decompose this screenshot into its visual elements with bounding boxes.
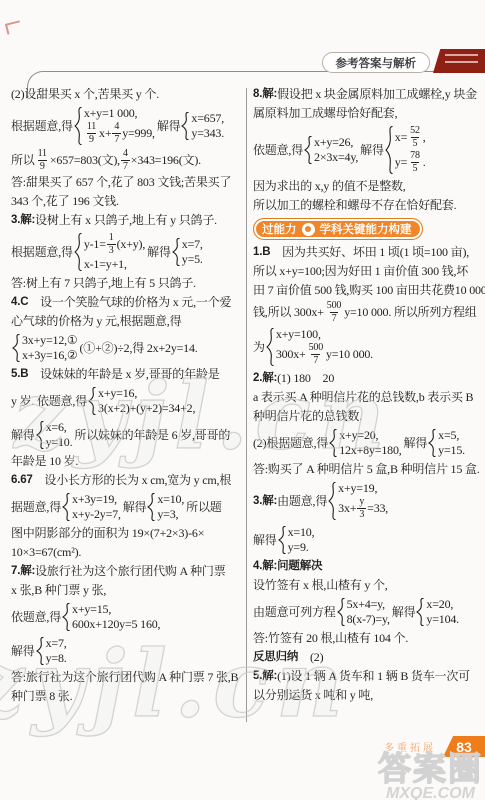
brace-icon [62,603,70,631]
text-run: 所以题 [186,500,221,515]
equation-row: x=6, [46,420,73,435]
equation-row: x=20, [426,597,459,612]
answer-line: 根据题意,得y-1=13(x+y),x-1=y+1,解得x=7,y=5. [11,230,246,274]
answer-line: 所以 x+y=100;因为好田 1 亩价值 300 钱,坏 [253,262,484,281]
brace-icon [181,112,189,140]
answer-line: a 表示买 A 种明信片花的总钱数,b 表示买 B [253,388,484,407]
brace-icon [304,136,312,164]
corner-print-mark [5,20,22,34]
bold-label: 8.解: [253,87,277,101]
fraction: y3 [357,497,366,520]
equation-system: x=20,y=104. [416,597,459,627]
answer-line: 根据题意,得x+y=1 000,119x+47y=999,解得x=657,y=3… [11,104,246,148]
equation-row: x=7, [182,237,203,252]
text-run: x+y=100, [276,327,321,342]
answer-line: 据题意,得x+3y=19,x+y-2y=7,解得x=10,y=3,所以题 [11,490,246,524]
text-run: x+y=1 000, [84,106,138,121]
fraction: 47 [121,149,130,172]
text-run: 答:甜果买了 657 个,花了 803 文钱;苦果买了 [11,175,231,190]
equation-row: x=10, [157,492,184,507]
text-run: 因为共买好、坏田 1 顷(1 顷=100 亩), [270,245,469,260]
answer-line: 以分别运货 x 吨和 y 吨, [253,686,484,705]
answer-line: 5.解:(1)设 1 辆 A 货车和 1 辆 B 货车一次可 [253,667,484,686]
text-run: 钱,所以 300x+ [253,305,324,320]
answer-line: (2)设甜果买 x 个,苦果买 y 个. [11,85,246,104]
text-run: 田 7 亩价值 500 钱,购买 100 亩田共花费10 000 [253,283,485,298]
text-run: 依题意,得 [253,143,303,158]
answer-line: y 岁. 依题意,得x+y=16,3(x+2)+(y+2)=34+2, [11,384,246,418]
equation-row: y=9. [288,540,315,555]
text-run: 所以 x+y=100;因为好田 1 亩价值 300 钱,坏 [253,264,468,279]
answer-line: 5.B 设妹妹的年龄是 x 岁,哥哥的年龄是 [11,365,246,384]
text-run: 解得 [11,644,35,659]
answer-line: 种明信片花的总钱数. [253,407,484,426]
text-run: ×657=803(文), [50,153,120,168]
equation-system: x+3y=19,x+y-2y=7, [62,492,121,522]
fraction-denominator: 7 [121,160,130,172]
bold-label: 5.解: [253,669,277,683]
equation-system: 5x+4=y,8(x-7)=y, [337,597,390,627]
text-run: 设旅行社为这个旅行团代购 A 种门票 [35,564,225,579]
text-run: x+3y=19, [72,492,117,507]
brace-icon [36,637,44,665]
text-run: 种明信片花的总钱数. [253,409,362,424]
brace-icon [74,233,82,271]
text-run: a 表示买 A 种明信片花的总钱数,b 表示买 B [253,390,473,405]
text-run: y=10 000. [326,347,373,362]
text-run: 以分别运货 x 吨和 y 吨, [253,688,373,703]
answer-line: 依题意,得x+y=26,2×3x=4y,解得x=525,y=785. [253,123,484,177]
text-run: x=10, [288,525,315,540]
equation-row: y=5. [182,252,203,267]
text-run: 10×3=67(cm²). [11,545,81,560]
answer-line: 3.解:设树上有 x 只鸽子,地上有 y 只鸽子. [11,211,246,230]
equation-row: 3x+y3=33, [338,496,388,521]
equation-row: y=343. [191,126,224,141]
text-run: x+y=15, [72,602,111,617]
answer-line: 解得x=6,y=10.所以妹妹的年龄是 6 岁,哥哥的 [11,418,246,452]
text-run: x-1=y+1, [84,257,127,272]
fraction-denominator: 5 [411,162,420,174]
brace-icon [266,328,274,366]
answer-line: 因为求出的 x,y 的值不是整数, [253,177,484,196]
text-run: 答:购买了 A 种明信片 5 盒,B 种明信片 15 盒. [253,462,480,477]
brace-icon [337,598,345,626]
equation-system: x=5,y=15. [428,428,465,458]
text-run: (x+y), [117,237,146,252]
fraction: 13 [107,233,116,256]
ability-section-badge: 过能力学科关键能力构建 [253,218,423,240]
equation-system: x=525,y=785. [385,125,426,175]
answer-line: 由题意可列方程5x+4=y,8(x-7)=y,解得x=20,y=104. [253,595,484,629]
fraction-numerator: 11 [85,122,98,133]
equation-system: x=10,y=9. [278,525,315,555]
equation-row: 3(x+2)+(y+2)=34+2, [98,401,195,416]
text-run: 3(x+2)+(y+2)=34+2, [98,401,195,416]
equation-row: x+y=20, [339,428,401,443]
brace-icon [416,598,424,626]
answer-line: 田 7 亩价值 500 钱,购买 100 亩田共花费10 000 [253,281,484,300]
text-run: x+y=19, [338,481,377,496]
equation-row: x+y=1 000, [84,106,155,121]
text-run: y=5. [182,252,203,267]
bold-label: 2.解: [253,371,277,385]
equation-system: x+y=15,600x+120y=5 160, [62,602,160,632]
equation-row: x+y=16, [98,386,195,401]
text-run: 假设把 x 块金属原料加工成螺栓,y 块金 [277,87,477,102]
text-run: 设树上有 x 只鸽子,地上有 y 只鸽子. [35,213,217,228]
text-run: 解得 [404,436,428,451]
fraction: 785 [408,151,422,174]
equation-row: x=7, [46,636,67,651]
text-run: 设妹妹的年龄是 x 岁,哥哥的年龄是 [28,367,219,382]
fraction-denominator: 7 [330,312,339,324]
text-run: x+3y=16,② [22,348,78,363]
answer-line: 4.C 设一个笑脸气球的价格为 x 元,一个爱 [11,293,246,312]
header-badge-label: 参考答案与解析 [336,55,417,71]
brace-icon [278,526,286,554]
equation-system: x=7,y=8. [36,636,67,666]
text-run: y=15. [438,443,465,458]
answer-line: 所以119×657=803(文),47×343=196(文). [11,148,246,173]
text-run: , [423,130,426,145]
text-run: y=999, [122,126,155,141]
equation-row: x=5, [438,428,465,443]
fraction: 5007 [307,343,325,366]
watermark-logo-site: MXQE.COM [378,785,483,800]
text-run: (1) 180 20 [277,371,334,386]
column-divider [246,88,247,722]
text-run: 设一个笑脸气球的价格为 x 元,一个爱 [28,295,231,310]
answer-book-page: 参考答案与解析 (2)设甜果买 x 个,苦果买 y 个.根据题意,得x+y=1 … [0,0,485,800]
text-run: 解得 [253,533,277,548]
text-run: . [423,155,426,170]
answer-line: 反思归纳 (2) [253,648,484,667]
equation-system: x+y=100,300x+5007y=10 000. [266,327,373,367]
equation-row: 300x+5007y=10 000. [276,342,373,367]
text-run: 3x+ [338,501,356,516]
text-run: 600x+120y=5 160, [72,617,160,632]
text-run: y=343. [191,126,224,141]
answer-line: 解得x=10,y=9. [253,523,484,557]
fraction-numerator: y [357,497,366,508]
answer-line: 答:购买了 A 种明信片 5 盒,B 种明信片 15 盒. [253,460,484,479]
fraction-numerator: 52 [408,126,422,137]
text-run: 300x+ [276,347,306,362]
answer-line: 8.解:假设把 x 块金属原料加工成螺栓,y 块金 [253,85,484,104]
text-run: 解得 [11,428,35,443]
text-run: 根据题意,得 [11,119,73,134]
fraction-numerator: 78 [408,151,422,162]
equation-row: 600x+120y=5 160, [72,617,160,632]
right-column: 8.解:假设把 x 块金属原料加工成螺栓,y 块金属原料加工成螺母恰好配套,依题… [253,85,484,705]
text-run: 解得 [157,119,181,134]
bold-label: 3.解: [11,213,35,227]
text-run: x+y=16, [98,386,137,401]
equation-system: 3x+y=12,①x+3y=16,② [12,333,78,363]
answer-line: 依题意,得x+y=15,600x+120y=5 160, [11,600,246,634]
text-run: 为 [253,340,265,355]
equation-system: x=10,y=3, [147,492,184,522]
answer-line: 3.解:由题意,得x+y=19,3x+y3=33, [253,479,484,523]
text-run: y-1= [84,237,106,252]
text-run: x=20, [426,597,453,612]
text-run: 答:旅行社为这个旅行团代购 A 种门票 7 张,B [11,670,238,685]
answer-line: 4.解:问题解决 [253,557,484,576]
answer-line: 343 个,花了 196 文钱. [11,192,246,211]
answer-line: 7.解:设旅行社为这个旅行团代购 A 种门票 [11,562,246,581]
text-run: 3x+y=12,① [22,333,78,348]
bold-label: 5.B [11,367,28,381]
equation-row: x+y=19, [338,481,388,496]
answer-line: 钱,所以 300x+5007y=10 000. 所以所列方程组 [253,300,484,325]
equation-system: x=6,y=10. [36,420,73,450]
text-run: y=9. [288,540,309,555]
bold-label: 4.C [11,295,28,309]
equation-row: y=15. [438,443,465,458]
text-run: x=6, [46,420,67,435]
text-run: 答:树上有 7 只鸽子,地上有 5 只鸽子. [11,276,196,291]
fraction-denominator: 7 [112,133,121,145]
text-run: x+y=26, [314,135,353,150]
brace-icon [12,334,20,362]
fraction-numerator: 4 [112,122,121,133]
brace-icon [172,238,180,266]
text-run: 8(x-7)=y, [347,612,390,627]
text-run: 种门票 8 张. [11,689,72,704]
fraction: 119 [85,122,98,145]
page-number: 83 [443,736,485,757]
answer-line: 2.解:(1) 180 20 [253,369,484,388]
fraction-denominator: 3 [357,508,366,520]
equation-row: y=10. [46,435,73,450]
text-run: y=104. [426,612,459,627]
answer-site-watermark: 答案圈 MXQE.COM [378,752,483,800]
answer-line: 答:竹签有 20 根,山楂有 104 个. [253,629,484,648]
fraction-numerator: 1 [107,233,116,244]
text-run: y=8. [46,651,67,666]
answers-header-badge: 参考答案与解析 [322,52,431,73]
text-run: =33, [367,501,388,516]
answer-line: 3x+y=12,①x+3y=16,②(①+②)÷2,得 2x+2y=14. [11,331,246,365]
equation-row: 5x+4=y, [347,597,390,612]
equation-row: x+y=26, [314,135,358,150]
text-run: x=10, [157,492,184,507]
fraction-denominator: 9 [38,160,47,172]
bold-label: 1.B [253,245,270,259]
text-run: 据题意,得 [11,500,61,515]
text-run: 属原料加工成螺母恰好配套, [253,106,397,121]
bold-label: 反思归纳 [253,650,298,664]
text-run: 解得 [392,605,416,620]
fraction-denominator: 7 [311,354,320,366]
fraction: 525 [408,126,422,149]
text-run: x+y=20, [339,428,378,443]
answer-line: 种门票 8 张. [11,687,246,706]
fraction: 47 [112,122,121,145]
text-run: y=10 000. 所以所列方程组 [344,305,476,320]
text-run: 解得 [123,500,147,515]
equation-system: x=657,y=343. [181,111,224,141]
bold-label: 7.解: [11,564,35,578]
fraction-denominator: 5 [411,137,420,149]
answer-line: 答:树上有 7 只鸽子,地上有 5 只鸽子. [11,274,246,293]
text-run: (1)设 1 辆 A 货车和 1 辆 B 货车一次可 [277,669,470,684]
equation-row: 2×3x=4y, [314,150,358,165]
brace-icon [147,493,155,521]
equation-row: x=657, [191,111,224,126]
brace-icon [385,126,393,174]
text-run: x=657, [191,111,224,126]
footer-section-label: 多重拓展 [384,739,436,754]
answer-line: (2)根据题意,得x+y=20,12x+8y=180,解得x=5,y=15. [253,426,484,460]
answer-line: 答:旅行社为这个旅行团代购 A 种门票 7 张,B [11,668,246,687]
equation-row: y=3, [157,507,184,522]
equation-row: x+3y=19, [72,492,121,507]
answer-line: 心气球的价格为 y 元,根据题意,得 [11,312,246,331]
equation-row: 119x+47y=999, [84,121,155,146]
text-run: y=3, [157,507,178,522]
equation-system: x+y=26,2×3x=4y, [304,135,358,165]
text-run: 由题意可列方程 [253,605,336,620]
text-run: 设小长方形的长为 x cm,宽为 y cm,根 [33,473,232,488]
text-run: 心气球的价格为 y 元,根据题意,得 [11,314,181,329]
page-footer: 多重拓展 83 [384,736,485,757]
text-run: y 岁. 依题意,得 [11,394,87,409]
equation-row: x+y=100, [276,327,373,342]
text-run: 依题意,得 [11,610,61,625]
text-run: x+ [99,126,111,141]
brand-ribbon [433,49,485,73]
brace-icon [428,429,436,457]
brace-icon [88,387,96,415]
equation-system: x+y=19,3x+y3=33, [328,481,388,521]
equation-row: y=785. [395,150,426,175]
answer-line: 答:甜果买了 657 个,花了 803 文钱;苦果买了 [11,173,246,192]
equation-system: x+y=1 000,119x+47y=999, [74,106,155,146]
answer-line: 解得x=7,y=8. [11,634,246,668]
equation-system: x+y=16,3(x+2)+(y+2)=34+2, [88,386,195,416]
text-run: ×343=196(文). [131,153,201,168]
equation-row: 3x+y=12,① [22,333,78,348]
answer-line: 6.67 设小长方形的长为 x cm,宽为 y cm,根 [11,471,246,490]
text-run: (2)设甜果买 x 个,苦果买 y 个. [11,87,159,102]
fraction-numerator: 11 [36,149,49,160]
text-run: 343 个,花了 196 文钱. [11,194,119,209]
text-run: x+y-2y=7, [72,507,121,522]
text-run: 所以 [11,153,35,168]
bold-label: 6.67 [11,473,33,487]
text-run: 答:竹签有 20 根,山楂有 104 个. [253,631,408,646]
text-run: x= [395,130,407,145]
fraction: 119 [36,149,49,172]
fraction-denominator: 3 [107,244,116,256]
text-run: 因为求出的 x,y 的值不是整数, [253,179,406,194]
text-run: x=7, [46,636,67,651]
text-run: x 张,B 种门票 y 张, [11,583,106,598]
brace-icon [74,107,82,145]
text-run: 设竹签有 x 根,山楂有 y 个, [253,578,388,593]
answer-line: 图中阴影部分的面积为 19×(7+2×3)-6× [11,524,246,543]
bold-label: 3.解: [253,494,277,508]
text-run: x=7, [182,237,203,252]
badge-right-label: 学科关键能力构建 [320,221,412,237]
answer-line: 属原料加工成螺母恰好配套, [253,104,484,123]
answer-line: 10×3=67(cm²). [11,543,246,562]
equation-system: x+y=20,12x+8y=180, [329,428,401,458]
answer-line: x 张,B 种门票 y 张, [11,581,246,600]
answer-line: 所以加工的螺栓和螺母不存在恰好配套. [253,196,484,215]
text-run: y= [395,155,407,170]
text-run: x=5, [438,428,459,443]
equation-row: x+3y=16,② [22,348,78,363]
equation-row: x+y=15, [72,602,160,617]
badge-left-label: 过能力 [262,221,297,237]
text-run: (2)根据题意,得 [253,436,328,451]
text-run: 图中阴影部分的面积为 19×(7+2×3)-6× [11,526,204,541]
equation-row: x=10, [288,525,315,540]
text-run: 所以加工的螺栓和螺母不存在恰好配套. [253,198,456,213]
equation-row: x-1=y+1, [84,257,145,272]
text-run: 5x+4=y, [347,597,385,612]
equation-row: y=104. [426,612,459,627]
equation-row: x=525, [395,125,426,150]
text-run: (①+②)÷2,得 2x+2y=14. [80,341,198,356]
brace-icon [329,429,337,457]
fraction-denominator: 9 [87,133,96,145]
equation-system: x=7,y=5. [172,237,203,267]
text-run: y=10. [46,435,73,450]
text-run: 解得 [360,143,384,158]
equation-row: y-1=13(x+y), [84,232,145,257]
text-run: 所以妹妹的年龄是 6 岁,哥哥的 [74,428,230,443]
equation-row: 8(x-7)=y, [347,612,390,627]
equation-row: x+y-2y=7, [72,507,121,522]
fraction: 5007 [325,301,343,324]
left-column: (2)设甜果买 x 个,苦果买 y 个.根据题意,得x+y=1 000,119x… [11,85,246,706]
fraction-numerator: 500 [325,301,343,312]
answer-line: 1.B 因为共买好、坏田 1 顷(1 顷=100 亩), [253,243,484,262]
text-run: 根据题意,得 [11,245,73,260]
equation-row: y=8. [46,651,67,666]
brace-icon [36,421,44,449]
equation-system: y-1=13(x+y),x-1=y+1, [74,232,145,272]
fraction-numerator: 4 [121,149,130,160]
answer-line: 为x+y=100,300x+5007y=10 000. [253,325,484,369]
brace-icon [328,482,336,520]
brace-icon [62,493,70,521]
answer-line: 设竹签有 x 根,山楂有 y 个, [253,576,484,595]
text-run: 由题意,得 [277,494,327,509]
bold-label: 4.解:问题解决 [253,559,322,573]
text-run: 年龄是 10 岁. [11,454,78,469]
fraction-numerator: 500 [307,343,325,354]
answer-line: 年龄是 10 岁. [11,452,246,471]
equation-row: 12x+8y=180, [339,443,401,458]
smiley-circle-icon [302,223,315,236]
text-run: (2) [298,650,323,665]
text-run: 2×3x=4y, [314,150,358,165]
text-run: 12x+8y=180, [339,443,401,458]
text-run: 解得 [147,245,171,260]
